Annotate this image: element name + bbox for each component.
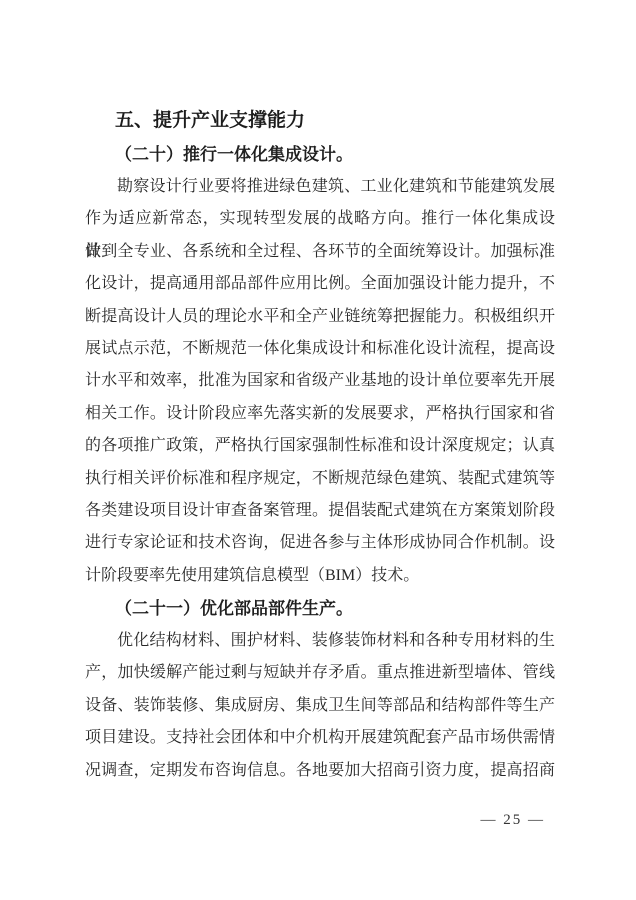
text-line: 的各项推广政策，严格执行国家强制性标准和设计深度规定；认真 — [85, 430, 555, 462]
text-line: 优化结构材料、围护材料、装修装饰材料和各种专用材料的生 — [85, 625, 555, 657]
text-line: 设备、装饰装修、集成厨房、集成卫生间等部品和结构部件等生产 — [85, 690, 555, 722]
text-line: 进行专家论证和技术咨询，促进各参与主体形成协同合作机制。设 — [85, 527, 555, 559]
text-line: 项目建设。支持社会团体和中介机构开展建筑配套产品市场供需情 — [85, 722, 555, 754]
text-line: 勘察设计行业要将推进绿色建筑、工业化建筑和节能建筑发展 — [85, 171, 555, 203]
text-line: 展试点示范，不断规范一体化集成设计和标准化设计流程，提高设 — [85, 333, 555, 365]
text-line: 断提高设计人员的理论水平和全产业链统筹把握能力。积极组织开 — [85, 301, 555, 333]
text-line: 化设计，提高通用部品部件应用比例。全面加强设计能力提升，不 — [85, 268, 555, 300]
subsection-heading-20: （二十）推行一体化集成设计。 — [85, 138, 555, 171]
text-line: 相关工作。设计阶段应率先落实新的发展要求，严格执行国家和省 — [85, 398, 555, 430]
text-line: 计阶段要率先使用建筑信息模型（BIM）技术。 — [85, 560, 555, 592]
text-line: 产，加快缓解产能过剩与短缺并存矛盾。重点推进新型墙体、管线 — [85, 657, 555, 689]
page-number: — 25 — — [481, 810, 546, 830]
text-line: 各类建设项目设计审查备案管理。提倡装配式建筑在方案策划阶段 — [85, 495, 555, 527]
subsection-heading-21: （二十一）优化部品部件生产。 — [85, 592, 555, 625]
document-page: 五、提升产业支撑能力 （二十）推行一体化集成设计。 勘察设计行业要将推进绿色建筑… — [0, 0, 636, 900]
text-line: 作为适应新常态，实现转型发展的战略方向。推行一体化集成设计， — [85, 203, 555, 235]
document-content: 五、提升产业支撑能力 （二十）推行一体化集成设计。 勘察设计行业要将推进绿色建筑… — [85, 0, 555, 787]
text-line: 计水平和效率，批准为国家和省级产业基地的设计单位要率先开展 — [85, 365, 555, 397]
text-line: 况调查，定期发布咨询信息。各地要加大招商引资力度，提高招商 — [85, 755, 555, 787]
text-line: 做到全专业、各系统和全过程、各环节的全面统筹设计。加强标准 — [85, 236, 555, 268]
section-heading: 五、提升产业支撑能力 — [85, 104, 555, 138]
text-line: 执行相关评价标准和程序规定，不断规范绿色建筑、装配式建筑等 — [85, 463, 555, 495]
